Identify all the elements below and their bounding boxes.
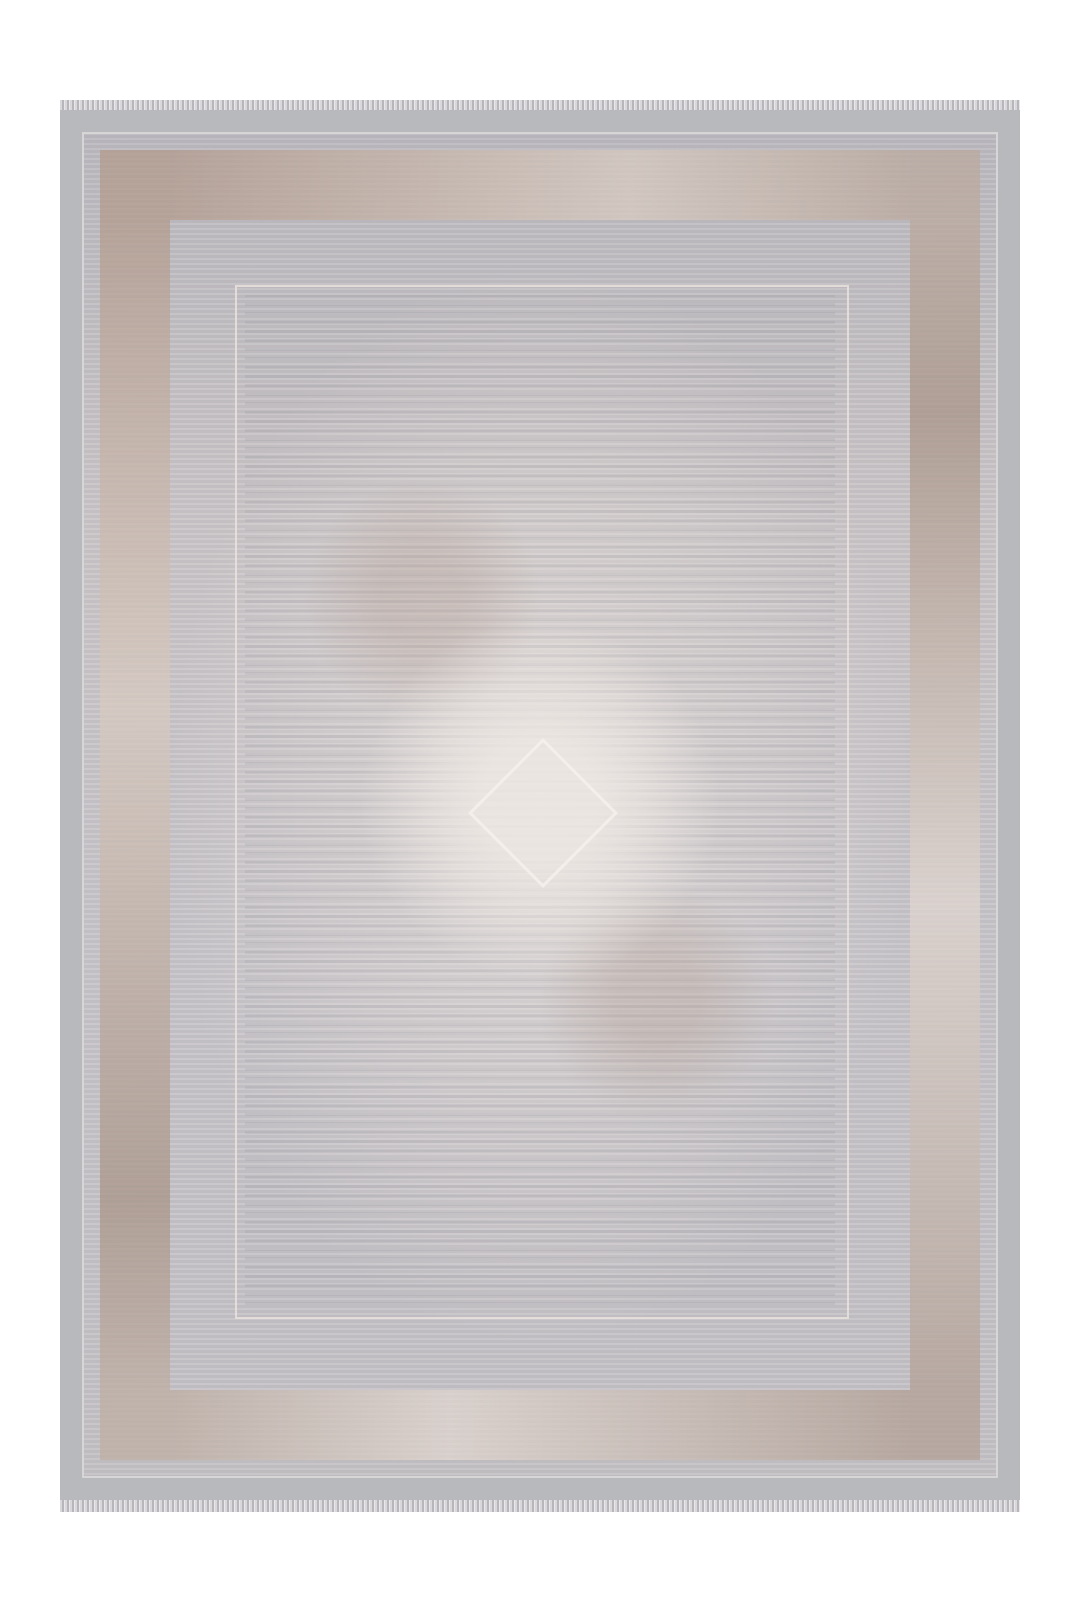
rug-bottom-fringe <box>60 1500 1020 1512</box>
